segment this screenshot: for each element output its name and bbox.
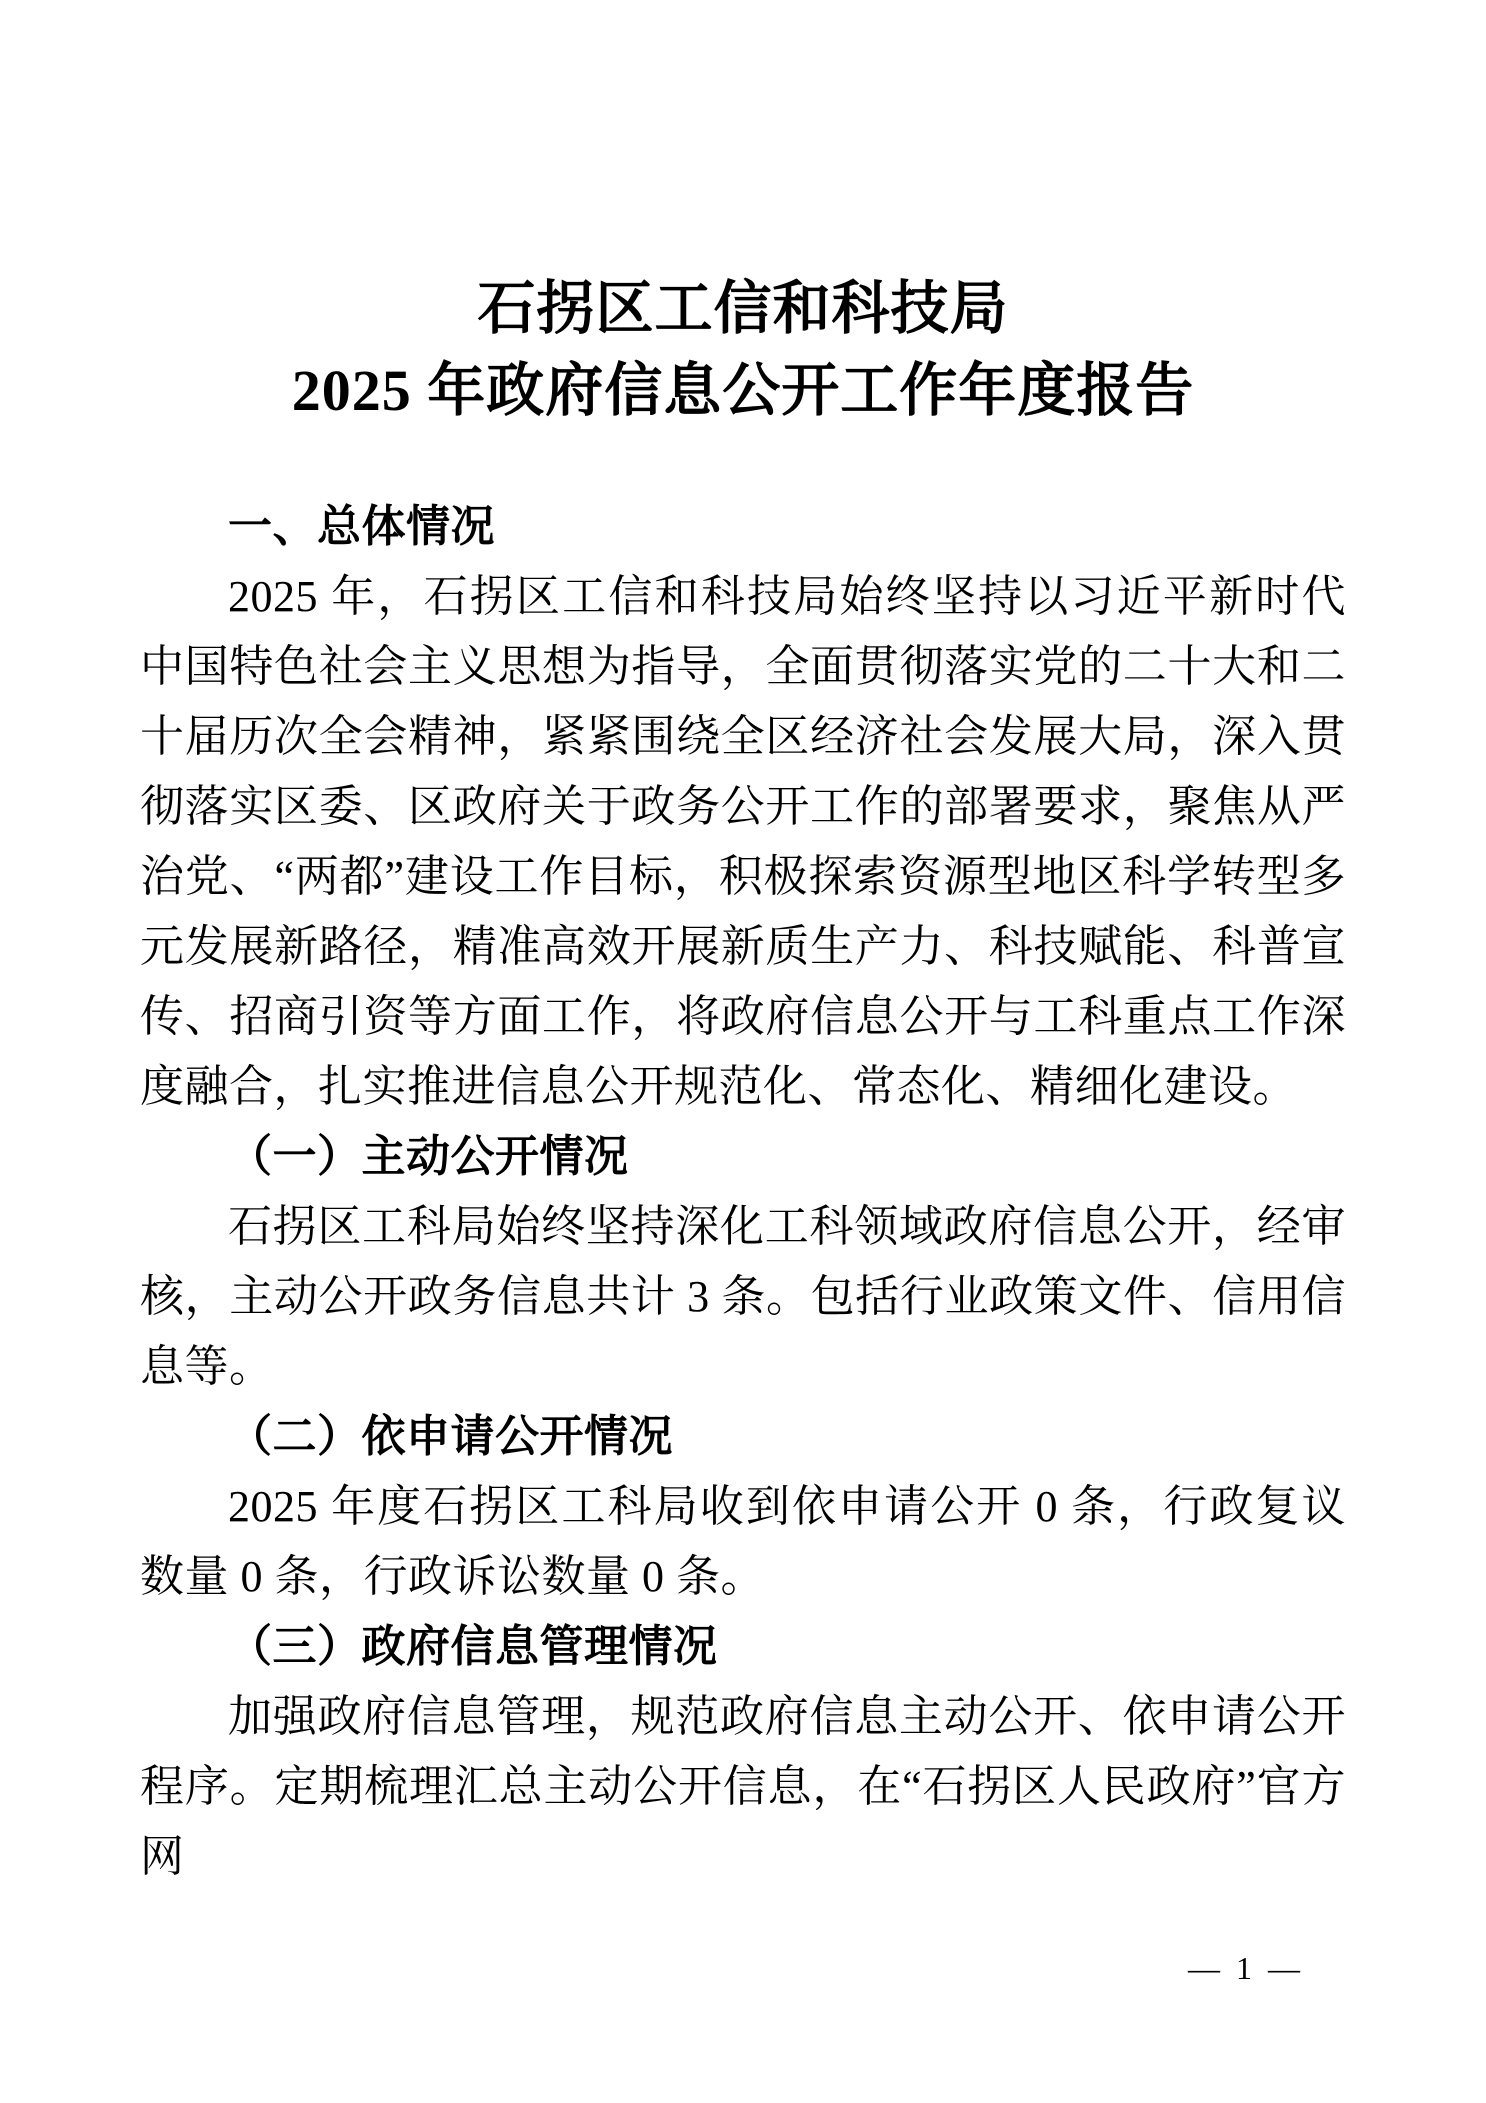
document-title-line-2: 2025 年政府信息公开工作年度报告 (0, 350, 1486, 432)
paragraph-proactive-disclosure: 石拐区工科局始终坚持深化工科领域政府信息公开，经审核，主动公开政务信息共计 3 … (140, 1192, 1346, 1402)
section-heading-information-management: （三）政府信息管理情况 (140, 1612, 1346, 1682)
document-body: 一、总体情况 2025 年，石拐区工信和科技局始终坚持以习近平新时代中国特色社会… (140, 492, 1346, 1892)
document-title: 石拐区工信和科技局 2025 年政府信息公开工作年度报告 (0, 0, 1486, 432)
section-heading-proactive-disclosure: （一）主动公开情况 (140, 1122, 1346, 1192)
section-heading-disclosure-upon-request: （二）依申请公开情况 (140, 1402, 1346, 1472)
paragraph-information-management: 加强政府信息管理，规范政府信息主动公开、依申请公开程序。定期梳理汇总主动公开信息… (140, 1682, 1346, 1892)
document-page: 石拐区工信和科技局 2025 年政府信息公开工作年度报告 一、总体情况 2025… (0, 0, 1486, 2103)
page-number: — 1 — (1188, 1948, 1304, 1988)
paragraph-overall-situation: 2025 年，石拐区工信和科技局始终坚持以习近平新时代中国特色社会主义思想为指导… (140, 562, 1346, 1122)
section-heading-overall-situation: 一、总体情况 (140, 492, 1346, 562)
paragraph-disclosure-upon-request: 2025 年度石拐区工科局收到依申请公开 0 条，行政复议数量 0 条，行政诉讼… (140, 1472, 1346, 1612)
document-title-line-1: 石拐区工信和科技局 (0, 268, 1486, 350)
